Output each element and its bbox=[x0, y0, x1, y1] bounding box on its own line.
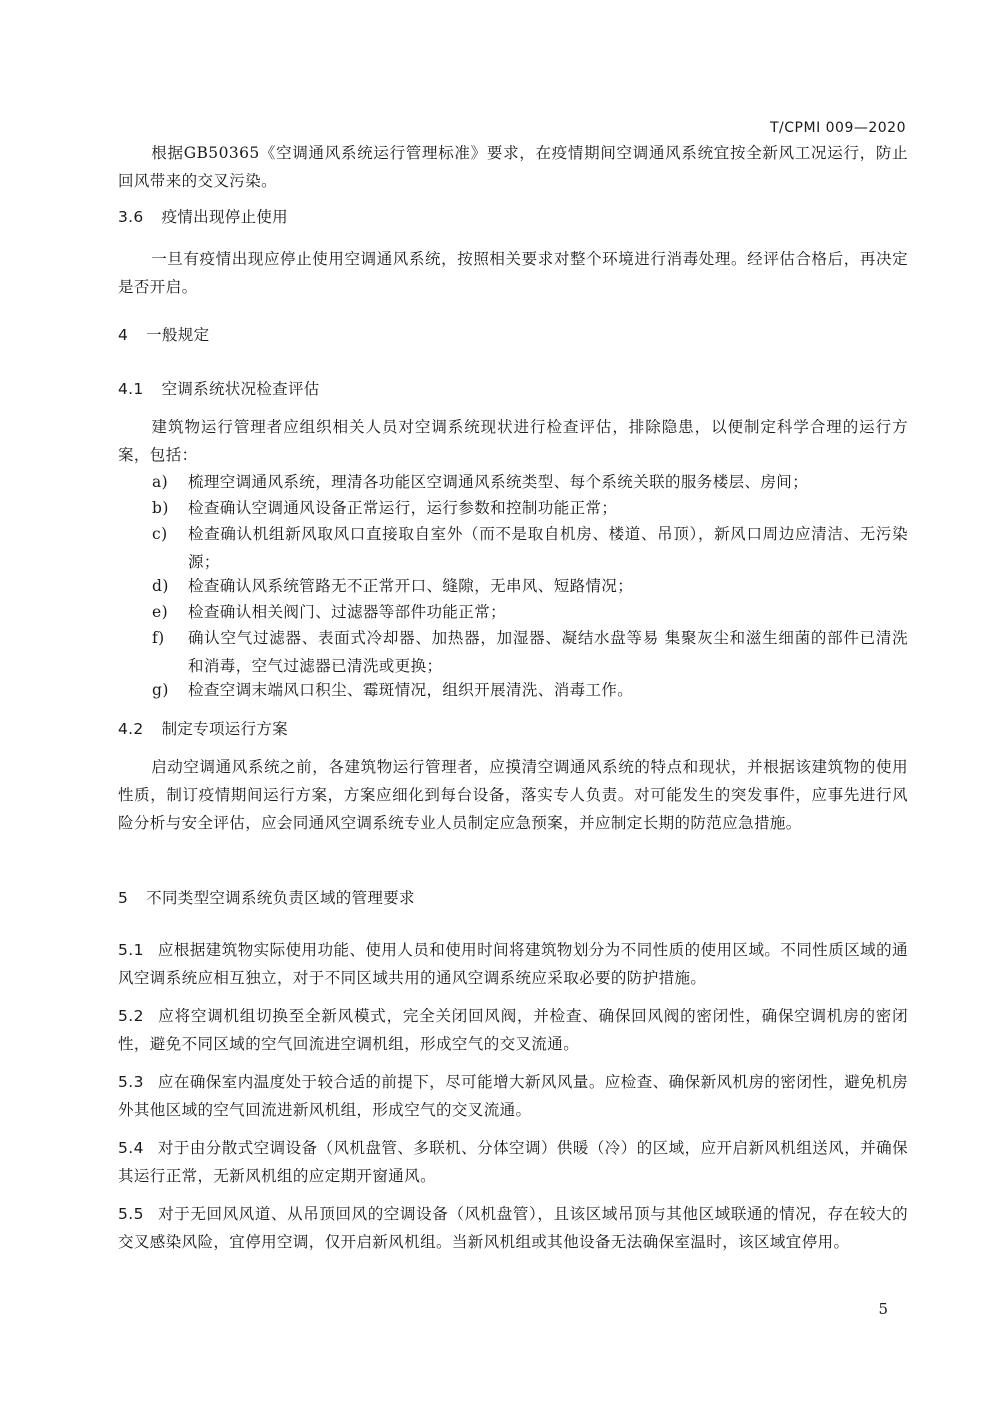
clause-number: 5.1 bbox=[118, 941, 144, 959]
section-5-heading: 5不同类型空调系统负责区域的管理要求 bbox=[118, 886, 415, 910]
clause-text: 对于由分散式空调设备（风机盘管、多联机、分体空调）供暖（冷）的区域，应开启新风机… bbox=[118, 1139, 908, 1185]
section-title: 一般规定 bbox=[146, 326, 209, 344]
list-item: c) 检查确认机组新风取风口直接取自室外（而不是取自机房、楼道、吊顶），新风口周… bbox=[152, 520, 908, 576]
section-number: 5 bbox=[118, 886, 128, 910]
section-4-heading: 4一般规定 bbox=[118, 323, 209, 347]
list-marker: f) bbox=[152, 624, 182, 652]
clause-5-5: 5.5对于无回风风道、从吊顶回风的空调设备（风机盘管），且该区域吊顶与其他区域联… bbox=[118, 1200, 908, 1256]
list-marker: a) bbox=[152, 468, 182, 496]
section-title: 空调系统状况检查评估 bbox=[162, 380, 320, 398]
section-number: 4 bbox=[118, 323, 128, 347]
list-text: 检查空调末端风口积尘、霉斑情况，组织开展清洗、消毒工作。 bbox=[188, 676, 908, 704]
section-4-1-body: 建筑物运行管理者应组织相关人员对空调系统现状进行检查评估，排除隐患，以便制定科学… bbox=[118, 413, 908, 469]
section-number: 4.2 bbox=[118, 717, 144, 741]
section-3-6-heading: 3.6疫情出现停止使用 bbox=[118, 205, 288, 229]
clause-text: 应在确保室内温度处于较合适的前提下，尽可能增大新风风量。应检查、确保新风机房的密… bbox=[118, 1073, 908, 1119]
section-4-1-body-text: 建筑物运行管理者应组织相关人员对空调系统现状进行检查评估，排除隐患，以便制定科学… bbox=[118, 418, 908, 464]
document-code: T/CPMI 009—2020 bbox=[770, 120, 906, 136]
list-item: b) 检查确认空调通风设备正常运行，运行参数和控制功能正常； bbox=[152, 494, 908, 522]
list-text: 确认空气过滤器、表面式冷却器、加热器，加湿器、凝结水盘等易 集聚灰尘和滋生细菌的… bbox=[188, 624, 908, 680]
clause-number: 5.2 bbox=[118, 1007, 144, 1025]
section-4-2-body: 启动空调通风系统之前，各建筑物运行管理者，应摸清空调通风系统的特点和现状，并根据… bbox=[118, 753, 908, 837]
section-4-2-body-text: 启动空调通风系统之前，各建筑物运行管理者，应摸清空调通风系统的特点和现状，并根据… bbox=[118, 758, 908, 832]
list-marker: c) bbox=[152, 520, 182, 548]
intro-paragraph: 根据GB50365《空调通风系统运行管理标准》要求，在疫情期间空调通风系统宜按全… bbox=[118, 139, 908, 195]
list-item: d) 检查确认风系统管路无不正常开口、缝隙，无串风、短路情况； bbox=[152, 572, 908, 600]
section-4-1-heading: 4.1空调系统状况检查评估 bbox=[118, 377, 320, 401]
list-item: f) 确认空气过滤器、表面式冷却器、加热器，加湿器、凝结水盘等易 集聚灰尘和滋生… bbox=[152, 624, 908, 680]
section-4-2-heading: 4.2制定专项运行方案 bbox=[118, 717, 288, 741]
section-3-6-body: 一旦有疫情出现应停止使用空调通风系统，按照相关要求对整个环境进行消毒处理。经评估… bbox=[118, 245, 908, 301]
section-number: 3.6 bbox=[118, 205, 144, 229]
list-item: g) 检查空调末端风口积尘、霉斑情况，组织开展清洗、消毒工作。 bbox=[152, 676, 908, 704]
list-marker: b) bbox=[152, 494, 182, 522]
section-title: 不同类型空调系统负责区域的管理要求 bbox=[146, 889, 415, 907]
list-text: 检查确认风系统管路无不正常开口、缝隙，无串风、短路情况； bbox=[188, 572, 908, 600]
section-3-6-body-text: 一旦有疫情出现应停止使用空调通风系统，按照相关要求对整个环境进行消毒处理。经评估… bbox=[118, 250, 908, 296]
list-text: 检查确认空调通风设备正常运行，运行参数和控制功能正常； bbox=[188, 494, 908, 522]
clause-text: 应将空调机组切换至全新风模式，完全关闭回风阀，并检查、确保回风阀的密闭性，确保空… bbox=[118, 1007, 908, 1053]
clause-5-1: 5.1应根据建筑物实际使用功能、使用人员和使用时间将建筑物划分为不同性质的使用区… bbox=[118, 936, 908, 992]
intro-paragraph-text: 根据GB50365《空调通风系统运行管理标准》要求，在疫情期间空调通风系统宜按全… bbox=[118, 144, 908, 190]
list-marker: d) bbox=[152, 572, 182, 600]
clause-number: 5.3 bbox=[118, 1073, 144, 1091]
clause-number: 5.4 bbox=[118, 1139, 144, 1157]
clause-5-2: 5.2应将空调机组切换至全新风模式，完全关闭回风阀，并检查、确保回风阀的密闭性，… bbox=[118, 1002, 908, 1058]
list-text: 梳理空调通风系统，理清各功能区空调通风系统类型、每个系统关联的服务楼层、房间； bbox=[188, 468, 908, 496]
clause-text: 对于无回风风道、从吊顶回风的空调设备（风机盘管），且该区域吊顶与其他区域联通的情… bbox=[118, 1205, 908, 1251]
list-marker: g) bbox=[152, 676, 182, 704]
clause-number: 5.5 bbox=[118, 1205, 144, 1223]
section-title: 制定专项运行方案 bbox=[162, 720, 288, 738]
clause-text: 应根据建筑物实际使用功能、使用人员和使用时间将建筑物划分为不同性质的使用区域。不… bbox=[118, 941, 908, 987]
section-title: 疫情出现停止使用 bbox=[162, 208, 288, 226]
list-marker: e) bbox=[152, 598, 182, 626]
page-number: 5 bbox=[878, 1300, 888, 1318]
list-text: 检查确认相关阀门、过滤器等部件功能正常； bbox=[188, 598, 908, 626]
clause-5-4: 5.4对于由分散式空调设备（风机盘管、多联机、分体空调）供暖（冷）的区域，应开启… bbox=[118, 1134, 908, 1190]
section-number: 4.1 bbox=[118, 377, 144, 401]
document-page: T/CPMI 009—2020 根据GB50365《空调通风系统运行管理标准》要… bbox=[0, 0, 1000, 1414]
list-item: a) 梳理空调通风系统，理清各功能区空调通风系统类型、每个系统关联的服务楼层、房… bbox=[152, 468, 908, 496]
clause-5-3: 5.3应在确保室内温度处于较合适的前提下，尽可能增大新风风量。应检查、确保新风机… bbox=[118, 1068, 908, 1124]
list-item: e) 检查确认相关阀门、过滤器等部件功能正常； bbox=[152, 598, 908, 626]
list-text: 检查确认机组新风取风口直接取自室外（而不是取自机房、楼道、吊顶），新风口周边应清… bbox=[188, 520, 908, 576]
